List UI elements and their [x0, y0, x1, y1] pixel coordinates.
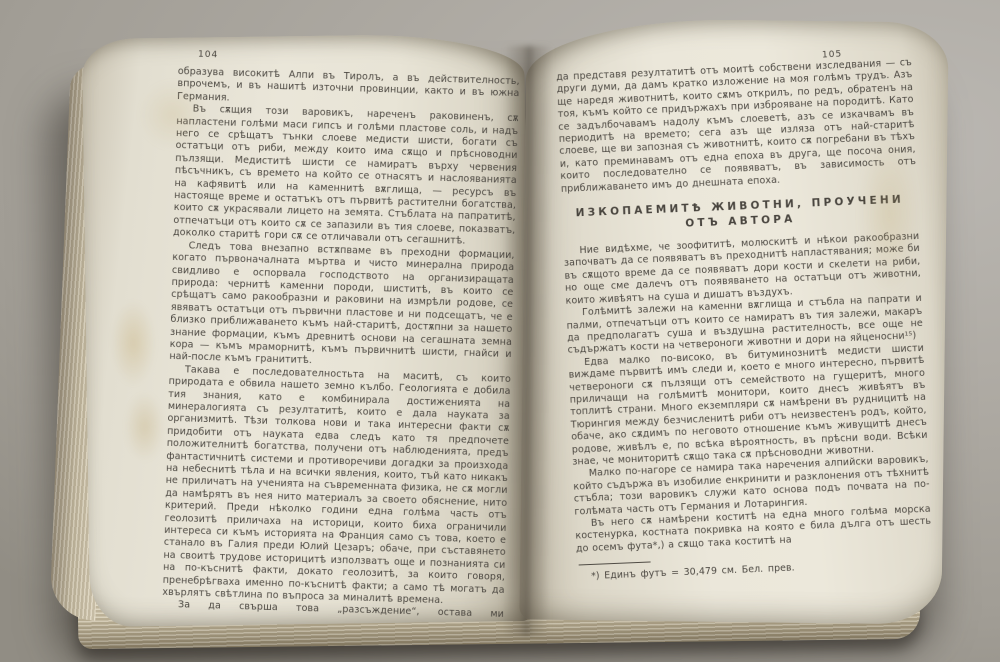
footnote-rule: [579, 562, 651, 566]
page-number-right: 105: [822, 49, 843, 60]
paragraph: Следъ това внезапно встѫпваме въ преходн…: [169, 240, 515, 374]
left-page-text: образува високитѣ Алпи въ Тиролъ, а въ д…: [162, 66, 520, 622]
paragraph: Такава е последователностьта на маситѣ, …: [162, 364, 511, 610]
paragraph: Едва малко по-високо, въ битуминознитѣ м…: [568, 343, 928, 469]
page-number-left: 104: [198, 50, 219, 61]
paragraph: да представя резултатитѣ отъ моитѣ собст…: [556, 57, 917, 196]
right-page-text: да представя резултатитѣ отъ моитѣ собст…: [556, 57, 933, 584]
book-photo: 104 105 образува високитѣ Алпи въ Тиролъ…: [0, 0, 1000, 662]
paragraph: Въ сѫщия този варовикъ, нареченъ раковин…: [173, 103, 519, 250]
section-heading: ИЗКОПАЕМИТѢ ЖИВОТНИ, ПРОУЧЕНИ ОТЪ АВТОРА: [564, 192, 917, 237]
